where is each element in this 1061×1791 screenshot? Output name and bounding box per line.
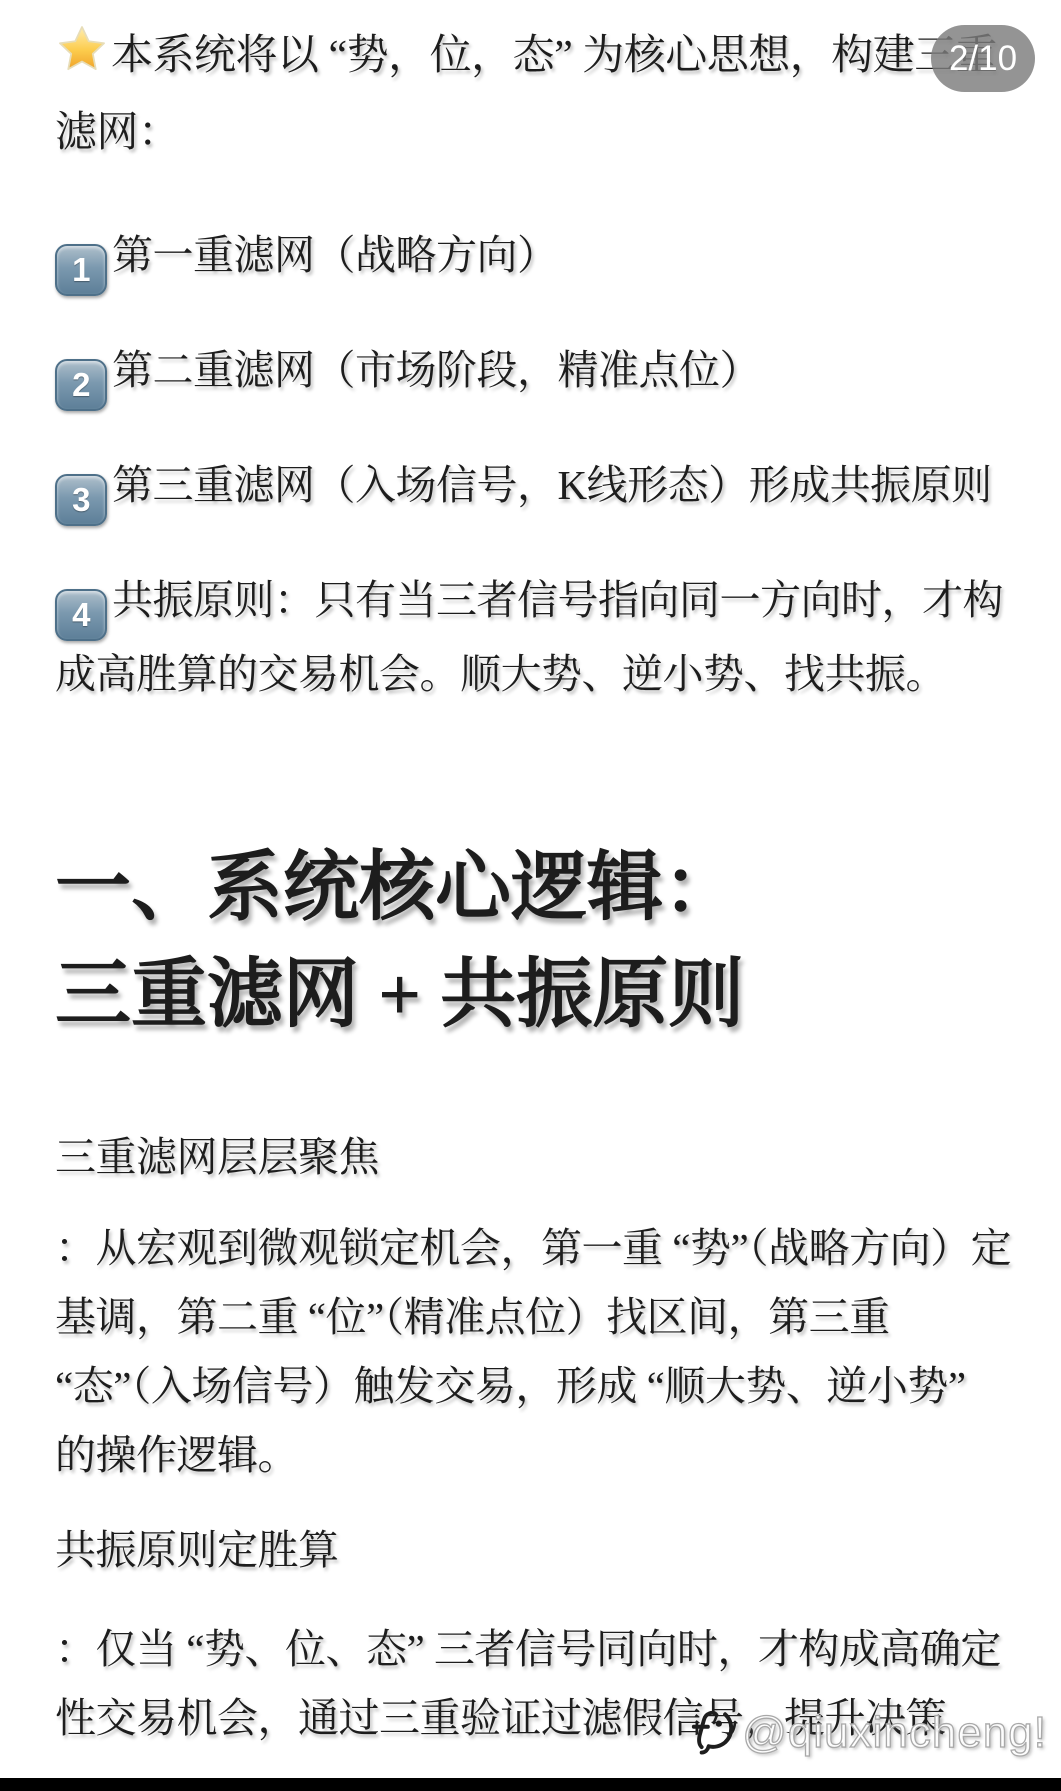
lead-text: 本系统将以 “势，位，态” 为核心思想，构建三重滤网： [55, 33, 997, 156]
subsection-title-2: 共振原则定胜算 [55, 1516, 1013, 1585]
list-item-text: 第一重滤网（战略方向） [112, 232, 558, 278]
bottom-letterbox-bar [0, 1778, 1061, 1791]
watermark-logo-icon [686, 1705, 736, 1761]
pagination-badge: 2/10 [931, 25, 1035, 92]
list-item: 1第一重滤网（战略方向） [55, 222, 1013, 296]
keycap-1-icon: 1 [55, 244, 107, 296]
article-body: 本系统将以 “势，位，态” 为核心思想，构建三重滤网： 1第一重滤网（战略方向）… [0, 0, 1061, 1753]
filter-list: 1第一重滤网（战略方向） 2第二重滤网（市场阶段，精准点位） 3第三重滤网（入场… [55, 222, 1013, 707]
keycap-4-icon: 4 [55, 589, 107, 641]
pagination-badge-label: 2/10 [949, 39, 1017, 79]
list-item-text: 共振原则：只有当三者信号指向同一方向时，才构成高胜算的交易机会。顺大势、逆小势、… [55, 577, 1003, 697]
watermark: @qiuxincheng! [686, 1705, 1047, 1761]
list-item: 3第三重滤网（入场信号，K线形态）形成共振原则 [55, 452, 1013, 526]
subsection-body-1: ：从宏观到微观锁定机会，第一重 “势”（战略方向）定基调，第二重 “位”（精准点… [55, 1214, 1013, 1490]
section-heading: 一、系统核心逻辑： 三重滤网 + 共振原则 [55, 835, 1013, 1049]
list-item: 2第二重滤网（市场阶段，精准点位） [55, 337, 1013, 411]
subsection-title-1: 三重滤网层层聚焦 [55, 1123, 1013, 1192]
star-icon [55, 23, 109, 99]
list-item: 4共振原则：只有当三者信号指向同一方向时，才构成高胜算的交易机会。顺大势、逆小势… [55, 567, 1013, 707]
keycap-3-icon: 3 [55, 474, 107, 526]
lead-paragraph: 本系统将以 “势，位，态” 为核心思想，构建三重滤网： [55, 22, 1013, 168]
list-item-text: 第二重滤网（市场阶段，精准点位） [112, 347, 760, 393]
keycap-2-icon: 2 [55, 359, 107, 411]
list-item-text: 第三重滤网（入场信号，K线形态）形成共振原则 [112, 462, 992, 508]
watermark-text: @qiuxincheng! [742, 1708, 1047, 1758]
